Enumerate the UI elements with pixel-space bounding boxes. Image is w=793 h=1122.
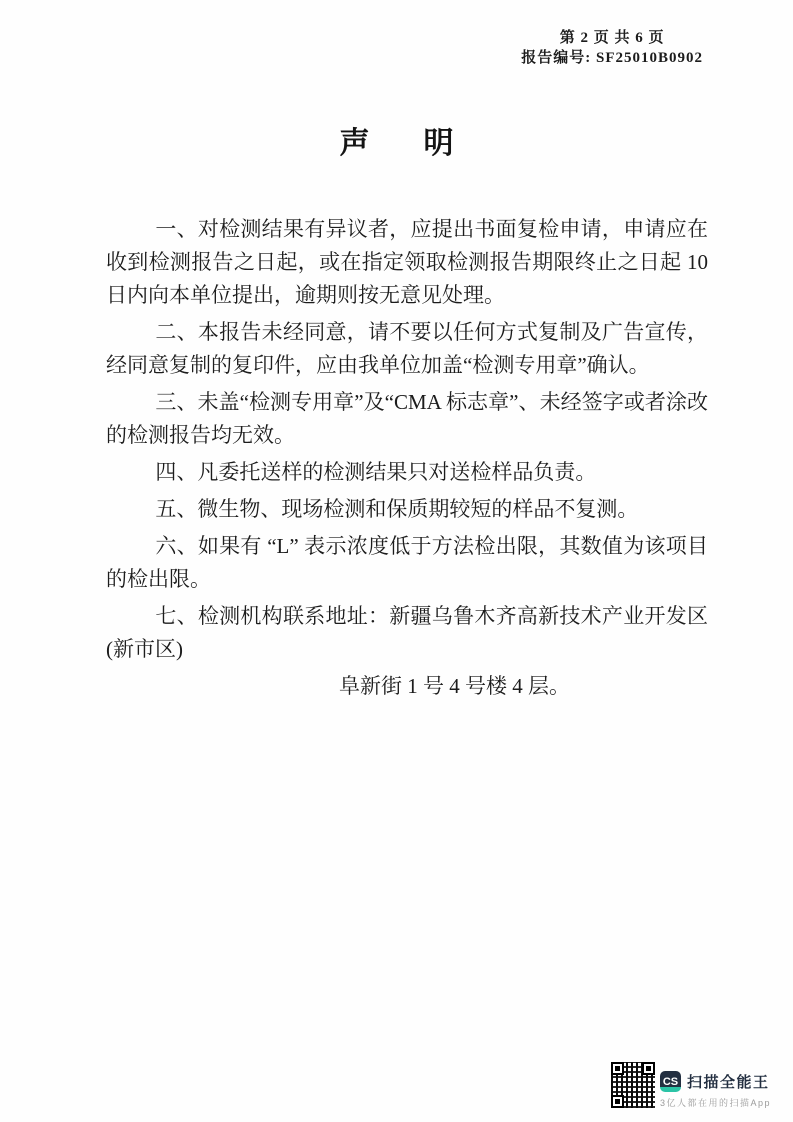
statement-item-1: 一、对检测结果有异议者，应提出书面复检申请，申请应在收到检测报告之日起，或在指定…: [106, 213, 708, 312]
statement-item-2: 二、本报告未经同意，请不要以任何方式复制及广告宣传，经同意复制的复印件，应由我单…: [106, 316, 708, 382]
page-title: 声明: [0, 118, 793, 162]
qr-finder-icon: [611, 1062, 624, 1075]
document-page: 第 2 页 共 6 页 报告编号: SF25010B0902 声明 一、对检测结…: [0, 0, 793, 1122]
statement-item-3: 三、未盖“检测专用章”及“CMA 标志章”、未经签字或者涂改的检测报告均无效。: [106, 386, 708, 452]
camscanner-logo-icon: CS: [660, 1071, 681, 1092]
statement-item-4: 四、凡委托送样的检测结果只对送检样品负责。: [106, 456, 708, 489]
brand-block: CS 扫描全能王 3亿人都在用的扫描App: [660, 1062, 771, 1109]
statement-item-5: 五、微生物、现场检测和保质期较短的样品不复测。: [106, 493, 708, 526]
statement-item-7: 七、检测机构联系地址：新疆乌鲁木齐高新技术产业开发区(新市区): [106, 600, 708, 666]
brand-tagline: 3亿人都在用的扫描App: [660, 1096, 771, 1109]
qr-code-icon: [611, 1062, 655, 1108]
report-number: 报告编号: SF25010B0902: [521, 48, 703, 68]
scanner-watermark: CS 扫描全能王 3亿人都在用的扫描App: [611, 1062, 771, 1109]
page-header: 第 2 页 共 6 页 报告编号: SF25010B0902: [521, 28, 703, 68]
statement-body: 一、对检测结果有异议者，应提出书面复检申请，申请应在收到检测报告之日起，或在指定…: [106, 213, 708, 707]
qr-finder-icon: [611, 1095, 624, 1108]
address-continuation: 阜新街 1 号 4 号楼 4 层。: [106, 670, 708, 703]
qr-finder-icon: [642, 1062, 655, 1075]
statement-item-6: 六、如果有 “L” 表示浓度低于方法检出限，其数值为该项目的检出限。: [106, 530, 708, 596]
brand-name: 扫描全能王: [687, 1071, 770, 1092]
page-number: 第 2 页 共 6 页: [521, 28, 703, 48]
